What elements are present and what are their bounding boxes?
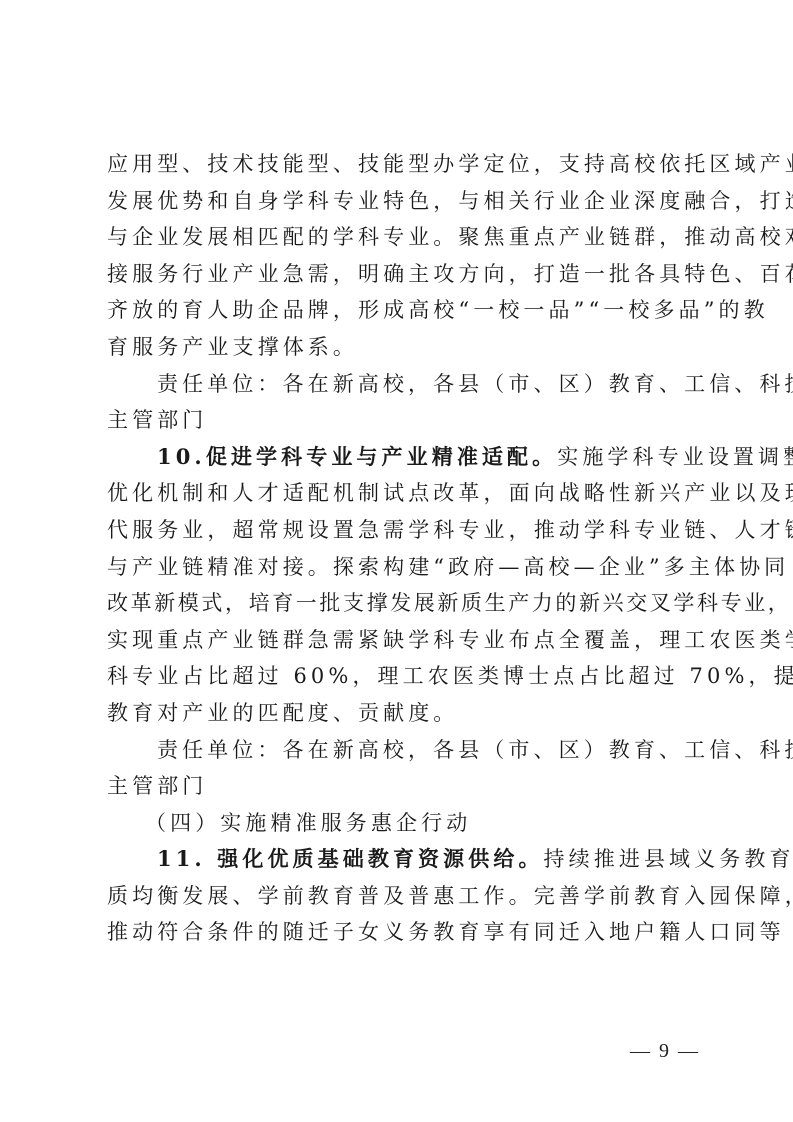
paragraph-line: 科专业占比超过 60%，理工农医类博士点占比超过 70%，提升: [107, 658, 693, 695]
paragraph-line: 与产业链精准对接。探索构建“政府—高校—企业”多主体协同: [107, 549, 693, 586]
paragraph-line: 推动符合条件的随迁子女义务教育享有同迁入地户籍人口同等: [107, 914, 693, 951]
item-11-title: 11. 强化优质基础教育资源供给。: [157, 846, 544, 871]
paragraph-line: 质均衡发展、学前教育普及普惠工作。完善学前教育入园保障，: [107, 878, 693, 915]
responsibility-line: 责任单位：各在新高校，各县（市、区）教育、工信、科技: [107, 732, 693, 769]
paragraph-line: 改革新模式，培育一批支撑发展新质生产力的新兴交叉学科专业，: [107, 585, 693, 622]
document-body: 应用型、技术技能型、技能型办学定位，支持高校依托区域产业 发展优势和自身学科专业…: [107, 146, 693, 951]
paragraph-line: 与企业发展相匹配的学科专业。聚焦重点产业链群，推动高校对: [107, 219, 693, 256]
paragraph-line: 接服务行业产业急需，明确主攻方向，打造一批各具特色、百花: [107, 256, 693, 293]
paragraph-line: 应用型、技术技能型、技能型办学定位，支持高校依托区域产业: [107, 146, 693, 183]
item-10-text: 实施学科专业设置调整: [557, 445, 793, 469]
responsibility-line: 主管部门: [107, 402, 693, 439]
responsibility-line: 主管部门: [107, 768, 693, 805]
item-10-heading-line: 10.促进学科专业与产业精准适配。实施学科专业设置调整: [107, 439, 693, 476]
responsibility-line: 责任单位：各在新高校，各县（市、区）教育、工信、科技: [107, 366, 693, 403]
item-11-text: 持续推进县域义务教育优: [544, 847, 793, 871]
item-11-heading-line: 11. 强化优质基础教育资源供给。持续推进县域义务教育优: [107, 841, 693, 878]
paragraph-line: 育服务产业支撑体系。: [107, 329, 693, 366]
section-heading: （四）实施精准服务惠企行动: [107, 805, 693, 842]
paragraph-line: 代服务业，超常规设置急需学科专业，推动学科专业链、人才链: [107, 512, 693, 549]
page-number: — 9 —: [630, 1040, 700, 1063]
paragraph-line: 教育对产业的匹配度、贡献度。: [107, 695, 693, 732]
item-10-title: 10.促进学科专业与产业精准适配。: [157, 444, 557, 469]
paragraph-line: 齐放的育人助企品牌，形成高校“一校一品”“一校多品”的教: [107, 292, 693, 329]
paragraph-line: 发展优势和自身学科专业特色，与相关行业企业深度融合，打造: [107, 183, 693, 220]
paragraph-line: 优化机制和人才适配机制试点改革，面向战略性新兴产业以及现: [107, 475, 693, 512]
paragraph-line: 实现重点产业链群急需紧缺学科专业布点全覆盖，理工农医类学: [107, 622, 693, 659]
